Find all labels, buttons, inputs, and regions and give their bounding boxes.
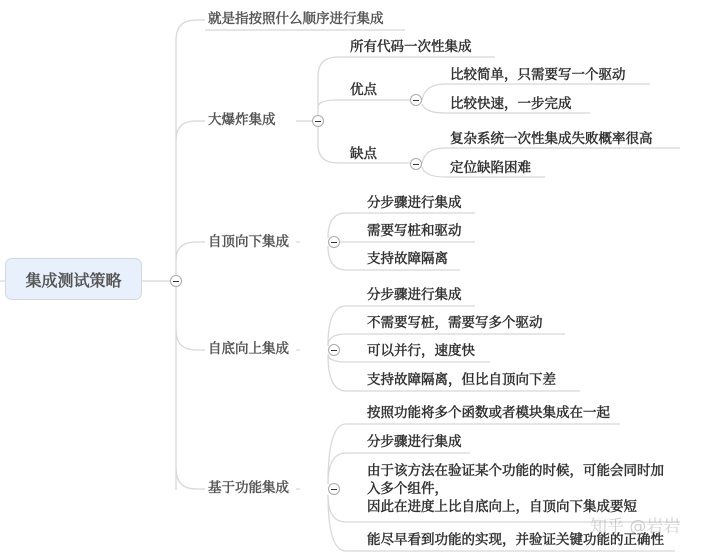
collapse-toggle-function-based[interactable] [328, 483, 340, 495]
branch-function-based[interactable]: 基于功能集成 [208, 479, 289, 497]
leaf-top-down-isolation[interactable]: 支持故障隔离 [367, 250, 448, 271]
branch-top-down[interactable]: 自顶向下集成 [208, 233, 289, 251]
branch-definition[interactable]: 就是指按照什么顺序进行集成 [208, 10, 384, 28]
watermark: 知乎 @岩岩 [590, 512, 680, 537]
leaf-top-down-stepwise[interactable]: 分步骤进行集成 [367, 194, 462, 215]
collapse-toggle-big-bang[interactable] [312, 115, 324, 127]
collapse-toggle-advantages[interactable] [410, 94, 422, 106]
collapse-toggle-top-down[interactable] [328, 236, 340, 248]
leaf-function-schedule[interactable]: 由于该方法在验证某个功能的时候，可能会同时加入多个组件， 因此在进度上比自底向上… [367, 462, 677, 519]
leaf-bottom-up-stepwise[interactable]: 分步骤进行集成 [367, 286, 462, 307]
collapse-toggle-disadvantages[interactable] [410, 158, 422, 170]
leaf-advantage-simple[interactable]: 比较简单，只需要写一个驱动 [450, 66, 626, 87]
leaf-bottom-up-isolation[interactable]: 支持故障隔离，但比自顶向下差 [367, 371, 556, 392]
leaf-function-stepwise[interactable]: 分步骤进行集成 [367, 433, 462, 454]
leaf-top-down-stubs[interactable]: 需要写桩和驱动 [367, 222, 462, 243]
leaf-function-group[interactable]: 按照功能将多个函数或者模块集成在一起 [367, 404, 610, 425]
root-node[interactable]: 集成测试策略 [5, 258, 142, 300]
branch-big-bang[interactable]: 大爆炸集成 [208, 111, 276, 129]
root-label: 集成测试策略 [25, 268, 121, 291]
leaf-advantage-fast[interactable]: 比较快速，一步完成 [450, 95, 572, 116]
collapse-toggle-bottom-up[interactable] [328, 344, 340, 356]
node-disadvantages[interactable]: 缺点 [350, 145, 377, 163]
branch-bottom-up[interactable]: 自底向上集成 [208, 340, 289, 358]
node-advantages[interactable]: 优点 [350, 81, 377, 99]
leaf-disadvantage-locate[interactable]: 定位缺陷困难 [450, 159, 531, 180]
leaf-big-bang-all-code[interactable]: 所有代码一次性集成 [350, 38, 472, 59]
collapse-toggle-root[interactable] [170, 275, 182, 287]
leaf-bottom-up-drivers[interactable]: 不需要写桩，需要写多个驱动 [367, 314, 543, 335]
leaf-bottom-up-parallel[interactable]: 可以并行，速度快 [367, 342, 475, 363]
leaf-disadvantage-failure[interactable]: 复杂系统一次性集成失败概率很高 [450, 130, 653, 151]
